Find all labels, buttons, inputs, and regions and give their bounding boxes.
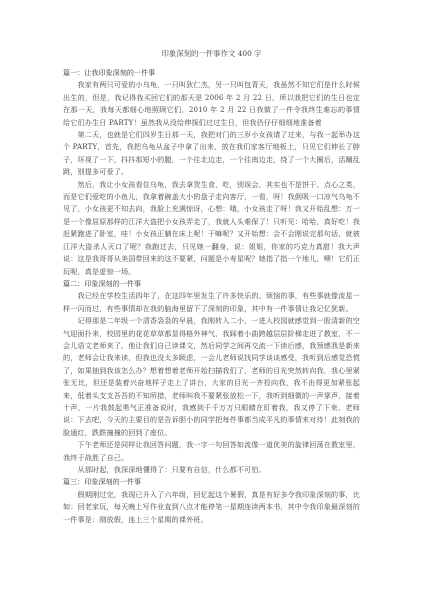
paragraph: 我家有两只可爱的小乌龟，一只叫狄仁杰，另一只叫包青天，我虽然不知它们是什么时候出… — [63, 79, 360, 129]
section-heading: 篇二：印象深刻的一件事 — [63, 278, 360, 290]
paragraph: 下午老师还是同样让我回答问题，我一字一句回答如流像一道优美的旋律回荡在教室里，我… — [63, 439, 360, 464]
paragraph: 假期刚过完，我现已升入了六年级，回忆起这个暑假，真是有好多令我印象深刻的事，比如… — [63, 489, 360, 526]
paragraph: 然后，我让小女孩看住乌龟，我去拿贺生食，吃，别误会，其实也不是饼干、点心之类，而… — [63, 179, 360, 278]
paragraph: 从那时起，我深深地懂得了：只要有自信，什么都不可怕。 — [63, 464, 360, 476]
paragraph: 我已经在学校生活四年了，在这四年里发生了许多快乐的、烦恼的事，有些事就像流星一样… — [63, 290, 360, 315]
paragraph: 第二天，也就是它们四岁生日那一天，我把对门的三岁小女孩请了过来，与我一起举办这个… — [63, 129, 360, 179]
document-page: 印象深刻的一件事作文 400 字 篇一：让我印象深刻的一件事 我家有两只可爱的小… — [63, 48, 360, 526]
section-3: 篇三：印象深刻的一件事 假期刚过完，我现已升入了六年级，回忆起这个暑假，真是有好… — [63, 476, 360, 526]
document-title: 印象深刻的一件事作文 400 字 — [63, 48, 360, 59]
paragraph: 记得那是二年级一个清香袅袅的早晨，我刚转入二小，一进入校园就感觉到一股清新的空气… — [63, 315, 360, 439]
section-heading: 篇一：让我印象深刻的一件事 — [63, 67, 360, 79]
section-2: 篇二：印象深刻的一件事 我已经在学校生活四年了，在这四年里发生了许多快乐的、烦恼… — [63, 278, 360, 477]
section-heading: 篇三：印象深刻的一件事 — [63, 476, 360, 488]
section-1: 篇一：让我印象深刻的一件事 我家有两只可爱的小乌龟，一只叫狄仁杰，另一只叫包青天… — [63, 67, 360, 278]
